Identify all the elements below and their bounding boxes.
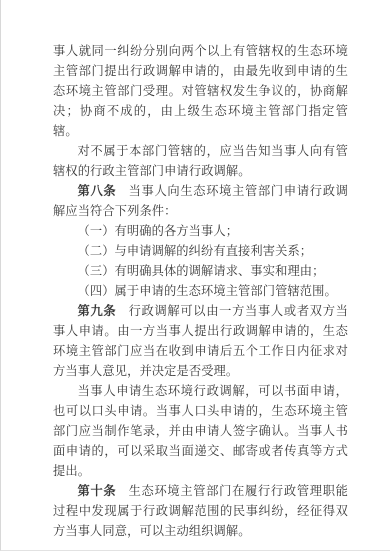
article-number: 第十条 [78, 484, 117, 498]
article-number: 第九条 [78, 304, 117, 318]
paragraph: 事人就同一纠纷分别向两个以上有管辖权的生态环境主管部门提出行政调解申请的，由最先… [53, 41, 348, 141]
document-body: 事人就同一纠纷分别向两个以上有管辖权的生态环境主管部门提出行政调解申请的，由最先… [53, 41, 348, 541]
article-number: 第八条 [78, 184, 117, 198]
paragraph: 对不属于本部门管辖的，应当告知当事人向有管辖权的行政主管部门申请行政调解。 [53, 141, 348, 181]
paragraph: 第九条行政调解可以由一方当事人或者双方当事人申请。由一方当事人提出行政调解申请的… [53, 301, 348, 381]
document-page: 事人就同一纠纷分别向两个以上有管辖权的生态环境主管部门提出行政调解申请的，由最先… [1, 0, 390, 541]
paragraph-text: （二）与申请调解的纠纷有直接利害关系； [78, 244, 313, 258]
paragraph-text: 对不属于本部门管辖的，应当告知当事人向有管辖权的行政主管部门申请行政调解。 [53, 144, 348, 178]
paragraph-text: 当事人申请生态环境行政调解，可以书面申请，也可以口头申请。当事人口头申请的，生态… [53, 384, 348, 478]
paragraph: （二）与申请调解的纠纷有直接利害关系； [53, 241, 348, 261]
paragraph: （三）有明确具体的调解请求、事实和理由； [53, 261, 348, 281]
paragraph: 第八条当事人向生态环境主管部门申请行政调解应当符合下列条件： [53, 181, 348, 221]
paragraph-text: （四）属于申请的生态环境主管部门管辖范围。 [78, 284, 337, 298]
paragraph: 当事人申请生态环境行政调解，可以书面申请，也可以口头申请。当事人口头申请的，生态… [53, 381, 348, 481]
paragraph: 第十条生态环境主管部门在履行行政管理职能过程中发现属于行政调解范围的民事纠纷，经… [53, 481, 348, 541]
paragraph-text: 事人就同一纠纷分别向两个以上有管辖权的生态环境主管部门提出行政调解申请的，由最先… [53, 44, 348, 138]
paragraph: （一）有明确的各方当事人； [53, 221, 348, 241]
paragraph: （四）属于申请的生态环境主管部门管辖范围。 [53, 281, 348, 301]
paragraph-text: （三）有明确具体的调解请求、事实和理由； [78, 264, 325, 278]
paragraph-text: （一）有明确的各方当事人； [78, 224, 239, 238]
